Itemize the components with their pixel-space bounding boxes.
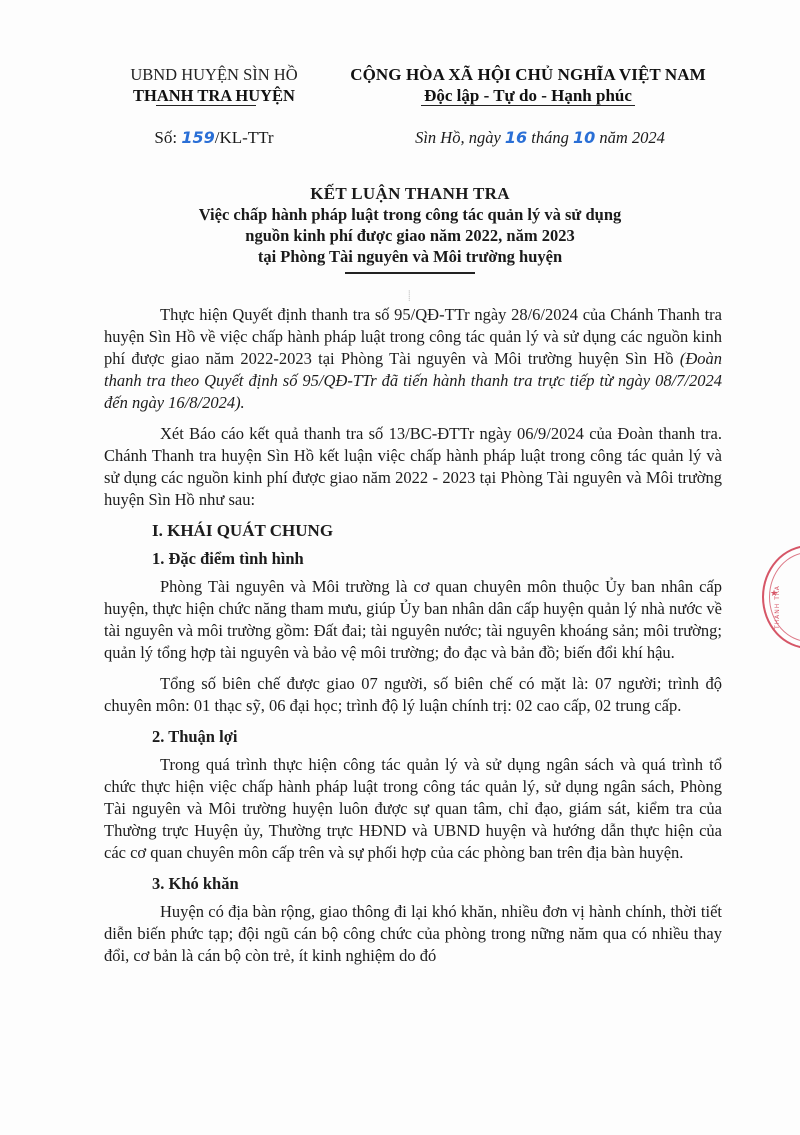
- motto-underline: [421, 105, 635, 106]
- issuing-agency-block: UBND HUYỆN SÌN HỒ THANH TRA HUYỆN Số: 15…: [108, 64, 320, 148]
- paragraph-advantages: Trong quá trình thực hiện công tác quản …: [104, 754, 722, 864]
- paragraph-decision: Thực hiện Quyết định thanh tra số 95/QĐ-…: [104, 304, 722, 414]
- nation-name: CỘNG HÒA XÃ HỘI CHỦ NGHĨA VIỆT NAM: [328, 64, 728, 85]
- paragraph-situation-2: Tổng số biên chế được giao 07 người, số …: [104, 673, 722, 717]
- date-year: năm 2024: [595, 128, 665, 147]
- date-month-handwritten: 10: [573, 128, 595, 147]
- subheading-advantages: 2. Thuận lợi: [104, 726, 722, 748]
- national-header-block: CỘNG HÒA XÃ HỘI CHỦ NGHĨA VIỆT NAM Độc l…: [328, 64, 728, 148]
- subheading-situation: 1. Đặc điểm tình hình: [104, 548, 722, 570]
- paragraph-situation-1: Phòng Tài nguyên và Môi trường là cơ qua…: [104, 576, 722, 664]
- agency-name: UBND HUYỆN SÌN HỒ: [108, 64, 320, 85]
- date-line: Sìn Hồ, ngày 16 tháng 10 năm 2024: [340, 127, 740, 148]
- document-body: Thực hiện Quyết định thanh tra số 95/QĐ-…: [104, 304, 722, 976]
- document-number: Số: 159/KL-TTr: [108, 127, 320, 148]
- title-underline: [345, 272, 475, 274]
- subtitle-line-1: Việc chấp hành pháp luật trong công tác …: [150, 204, 670, 225]
- subtitle-line-2: nguồn kinh phí được giao năm 2022, năm 2…: [150, 225, 670, 246]
- document-page: UBND HUYỆN SÌN HỒ THANH TRA HUYỆN Số: 15…: [0, 0, 800, 1135]
- document-title-block: KẾT LUẬN THANH TRA Việc chấp hành pháp l…: [150, 183, 670, 274]
- date-day-handwritten: 16: [505, 128, 527, 147]
- doc-number-suffix: /KL-TTr: [215, 128, 274, 147]
- section-heading-general: I. KHÁI QUÁT CHUNG: [104, 520, 722, 542]
- paragraph-difficulties: Huyện có địa bàn rộng, giao thông đi lại…: [104, 901, 722, 967]
- official-seal-icon: ★ THANH TRA: [762, 545, 800, 649]
- date-month-label: tháng: [527, 128, 573, 147]
- subheading-difficulties: 3. Khó khăn: [104, 873, 722, 895]
- paragraph-report: Xét Báo cáo kết quả thanh tra số 13/BC-Đ…: [104, 423, 722, 511]
- scan-mark-icon: ⸽: [408, 288, 418, 300]
- office-underline: [156, 105, 256, 106]
- decision-text: Thực hiện Quyết định thanh tra số 95/QĐ-…: [104, 305, 722, 368]
- doc-number-handwritten: 159: [181, 128, 214, 147]
- subtitle-line-3: tại Phòng Tài nguyên và Môi trường huyện: [150, 246, 670, 267]
- national-motto: Độc lập - Tự do - Hạnh phúc: [328, 85, 728, 106]
- date-place: Sìn Hồ, ngày: [415, 128, 505, 147]
- office-name: THANH TRA HUYỆN: [108, 85, 320, 106]
- document-title: KẾT LUẬN THANH TRA: [150, 183, 670, 204]
- doc-number-prefix: Số:: [154, 128, 181, 147]
- seal-ring-text: THANH TRA: [774, 565, 794, 629]
